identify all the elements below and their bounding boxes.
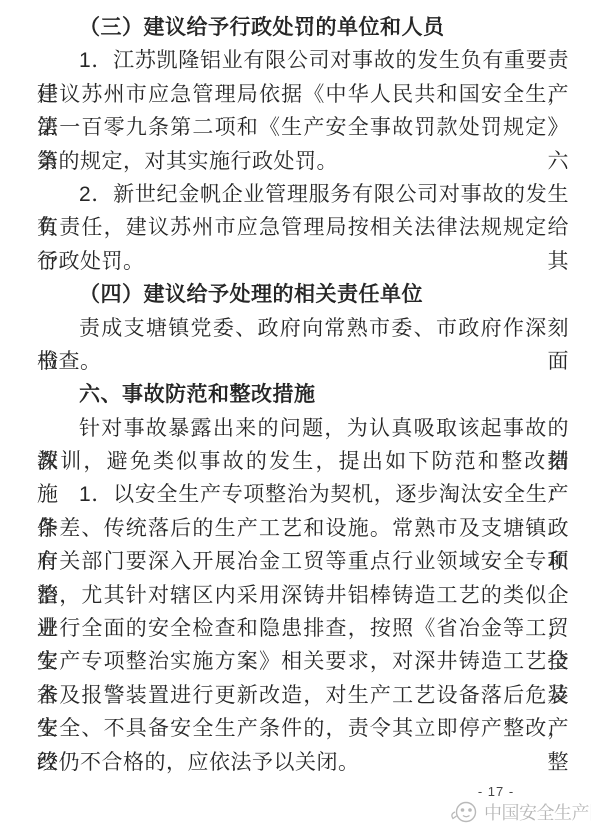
text-line: 针对事故暴露出来的问题，为认真吸取该起事故的深刻: [37, 412, 569, 445]
text-line: 第一百零九条第二项和《生产安全事故罚款处罚规定》第六: [37, 111, 569, 144]
section-heading: （四）建议给予处理的相关责任单位: [37, 278, 569, 311]
text-line: 2．新世纪金帆企业管理服务有限公司对事故的发生负: [37, 178, 569, 211]
text-line: 安全、不具备安全生产条件的，责令其立即停产整改，经整: [37, 712, 569, 745]
section-heading: （三）建议给予行政处罚的单位和人员: [37, 11, 569, 44]
section-heading: 六、事故防范和整改措施: [37, 378, 569, 411]
text-line: 1．江苏凯隆铝业有限公司对事故的发生负有重要责任，: [37, 44, 569, 77]
document-page: （三）建议给予行政处罚的单位和人员 1．江苏凯隆铝业有限公司对事故的发生负有重要…: [0, 0, 591, 835]
text-line: 有责任，建议苏州市应急管理局按相关法律法规规定给予其: [37, 211, 569, 244]
text-line: 教训，避免类似事故的发生，提出如下防范和整改措施：: [37, 445, 569, 478]
text-line: 责成支塘镇党委、政府向常熟市委、市政府作深刻书面: [37, 312, 569, 345]
text-line: 有关部门要深入开展冶金工贸等重点行业领域安全专项整: [37, 545, 569, 578]
document-text-block: （三）建议给予行政处罚的单位和人员 1．江苏凯隆铝业有限公司对事故的发生负有重要…: [37, 11, 569, 779]
text-line: 生产专项整治实施方案》相关要求，对深井铸造工艺技术装: [37, 645, 569, 678]
text-line: 件差、传统落后的生产工艺和设施。常熟市及支塘镇政府和: [37, 512, 569, 545]
text-line: 备及报警装置进行更新改造，对生产工艺设备落后危及生产: [37, 679, 569, 712]
cartoon-face-logo-icon: [449, 800, 479, 824]
text-line: 进行全面的安全检查和隐患排查，按照《省冶金等工贸安全: [37, 612, 569, 645]
text-line: 1．以安全生产专项整治为契机，逐步淘汰安全生产条: [37, 478, 569, 511]
text-line: 建议苏州市应急管理局依据《中华人民共和国安全生产法》: [37, 78, 569, 111]
page-number: - 17 -: [460, 784, 532, 799]
watermark: 中国安全生产网: [449, 799, 591, 825]
text-line: 治，尤其针对辖区内采用深铸井铝棒铸造工艺的类似企业，: [37, 579, 569, 612]
watermark-text: 中国安全生产网: [484, 799, 591, 825]
